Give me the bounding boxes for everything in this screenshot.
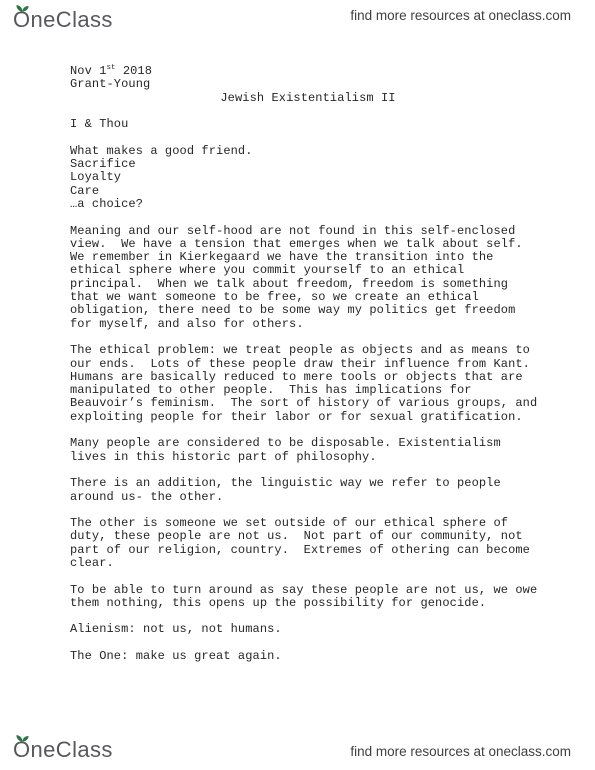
footer-tagline-link[interactable]: find more resources at oneclass.com <box>350 744 571 759</box>
paragraph-3: The ethical problem: we treat people as … <box>70 344 546 424</box>
oneclass-logo[interactable]: OneClass <box>13 8 113 32</box>
author-line: Grant-Young <box>70 78 546 91</box>
doc-title: Jewish Existentialism II <box>70 92 546 105</box>
date-ordinal: st <box>107 64 116 72</box>
paragraph-2: Meaning and our self-hood are not found … <box>70 225 546 331</box>
paragraph-5: There is an addition, the linguistic way… <box>70 477 546 504</box>
date-suffix: 2018 <box>116 64 153 78</box>
oneclass-logo-footer[interactable]: OneClass <box>13 738 113 762</box>
paragraph-8: Alienism: not us, not humans. <box>70 623 546 636</box>
paragraph-6: The other is someone we set outside of o… <box>70 517 546 570</box>
date-line: Nov 1st 2018 <box>70 65 546 78</box>
date-prefix: Nov 1 <box>70 64 107 78</box>
paragraph-9: The One: make us great again. <box>70 650 546 663</box>
leaf-icon <box>16 3 29 12</box>
document-body: Nov 1st 2018 Grant-Young Jewish Existent… <box>70 65 546 663</box>
doc-subtitle: I & Thou <box>70 118 546 131</box>
paragraph-7: To be able to turn around as say these p… <box>70 584 546 611</box>
leaf-icon <box>16 733 29 742</box>
page: OneClass find more resources at oneclass… <box>0 0 595 770</box>
paragraph-4: Many people are considered to be disposa… <box>70 437 546 464</box>
header-tagline-link[interactable]: find more resources at oneclass.com <box>350 8 571 23</box>
paragraph-1: What makes a good friend. Sacrifice Loya… <box>70 145 546 211</box>
